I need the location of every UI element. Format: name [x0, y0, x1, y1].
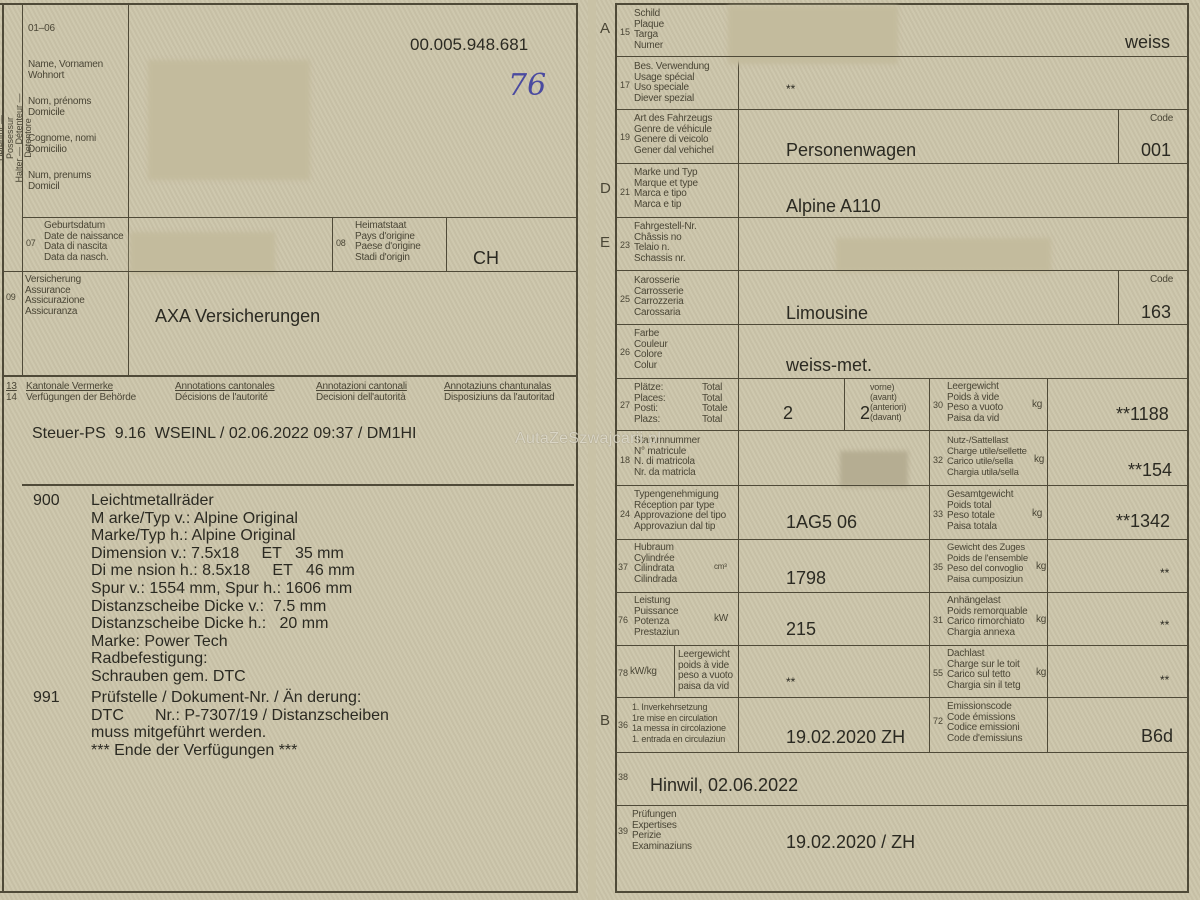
insurance-num: 09: [6, 292, 16, 303]
annotation-subheader-it: Decisioni dell'autorità: [316, 393, 406, 404]
redacted-birthdate: [130, 232, 275, 274]
make-model-num: 21: [620, 187, 630, 197]
payload-value: **154: [1128, 460, 1172, 481]
seats-front-value: 2: [860, 403, 870, 424]
insurance-value: AXA Versicherungen: [155, 306, 320, 327]
watermark: AutaZeSzwajcarii.pl: [515, 430, 661, 448]
handwritten-note: 76: [508, 68, 546, 103]
annotation-header-it: Annotazioni cantonali: [316, 382, 407, 393]
redacted-chassis: [836, 238, 1051, 272]
emission-code-num: 72: [933, 716, 943, 726]
empty-weight-label: Leergewicht Poids à vide Peso a vuoto Pa…: [947, 382, 1003, 424]
birthdate-num: 07: [26, 238, 36, 249]
power-unit: kW: [714, 614, 728, 625]
power-ratio-unit: kW/kg: [630, 667, 657, 678]
section-letter-d: D: [600, 180, 611, 197]
payload-num: 32: [933, 455, 943, 465]
insurance-label: Versicherung Assurance Assicurazione Ass…: [25, 275, 85, 317]
right-page: A D E B 15 Schild Plaque Targa Numer wei…: [596, 0, 1200, 900]
seats-front-label: vorne) (avant) (anteriori) (davant): [870, 382, 906, 422]
displacement-label: Hubraum Cylindrée Cilindrata Cilindrada: [634, 543, 677, 585]
issue-place-date-value: Hinwil, 02.06.2022: [650, 775, 798, 796]
issue-place-date-num: 38: [618, 772, 628, 782]
document-number: 00.005.948.681: [410, 35, 528, 55]
displacement-unit: cm³: [714, 562, 727, 573]
origin-num: 08: [336, 238, 346, 249]
total-weight-value: **1342: [1116, 511, 1170, 532]
type-approval-value: 1AG5 06: [786, 512, 857, 533]
seats-total-label: Total Total Totale Total: [702, 383, 728, 425]
vehicle-type-code-label: Code: [1150, 114, 1173, 125]
total-weight-label: Gesamtgewicht Poids total Peso totale Pa…: [947, 490, 1013, 532]
annotation-num-14: 14: [6, 393, 17, 404]
origin-value: CH: [473, 248, 499, 269]
annotation-header-rm: Annotaziuns chantunalas: [444, 382, 551, 393]
vehicle-type-value: Personenwagen: [786, 140, 916, 161]
color-label: Farbe Couleur Colore Colur: [634, 329, 668, 371]
train-weight-num: 35: [933, 562, 943, 572]
emission-code-label: Emissionscode Code émissions Codice emis…: [947, 702, 1022, 744]
special-use-value: **: [786, 82, 795, 96]
body-code-label: Code: [1150, 275, 1173, 286]
inspections-value: 19.02.2020 / ZH: [786, 832, 915, 853]
displacement-num: 37: [618, 562, 628, 572]
type-approval-num: 24: [620, 509, 630, 519]
plate-label: Schild Plaque Targa Numer: [634, 9, 664, 51]
trailer-load-num: 31: [933, 615, 943, 625]
holder-label-fr: Nom, prénoms Domicile: [28, 97, 91, 118]
special-use-num: 17: [620, 80, 630, 90]
first-registration-label: 1. Inverkehrsetzung 1re mise en circulat…: [632, 702, 726, 744]
empty-weight-value: **1188: [1116, 404, 1169, 425]
body-value: Limousine: [786, 303, 868, 324]
section-letter-e: E: [600, 234, 610, 251]
remark-text-991: Prüfstelle / Dokument-Nr. / Än derung: D…: [91, 689, 389, 759]
plate-num: 15: [620, 27, 630, 37]
inspections-num: 39: [618, 826, 628, 836]
vehicle-type-label: Art des Fahrzeugs Genre de véhicule Gene…: [634, 114, 714, 156]
chassis-num: 23: [620, 240, 630, 250]
annotation-num-13: 13: [6, 382, 17, 393]
empty-weight-unit: kg: [1032, 400, 1042, 411]
make-model-label: Marke und Typ Marque et type Marca e tip…: [634, 168, 698, 210]
tax-line: Steuer-PS 9.16 WSEINL / 02.06.2022 09:37…: [32, 425, 417, 443]
chassis-label: Fahrgestell-Nr. Châssis no Telaio n. Sch…: [634, 222, 697, 264]
train-weight-value: **: [1160, 566, 1169, 580]
seats-total-value: 2: [783, 403, 793, 424]
trailer-load-value: **: [1160, 618, 1169, 632]
section-letter-a: A: [600, 20, 610, 37]
roof-load-value: **: [1160, 673, 1169, 687]
trailer-load-label: Anhängelast Poids remorquable Carico rim…: [947, 596, 1028, 638]
body-code: 163: [1141, 302, 1171, 323]
roof-load-label: Dachlast Charge sur le toit Carico sul t…: [947, 649, 1020, 691]
remark-text-900: Leichtmetallräder M arke/Typ v.: Alpine …: [91, 492, 355, 686]
type-approval-label: Typengenehmigung Réception par type Appr…: [634, 490, 726, 532]
birthdate-label: Geburtsdatum Date de naissance Data di n…: [44, 221, 123, 263]
total-weight-unit: kg: [1032, 509, 1042, 520]
holder-label-de: Name, Vornamen Wohnort: [28, 60, 103, 81]
matricule-num: 18: [620, 455, 630, 465]
remark-code-900: 900: [33, 492, 60, 510]
annotation-header-fr: Annotations cantonales: [175, 382, 275, 393]
redacted-holder-name: [148, 60, 310, 180]
redacted-matricule: [840, 451, 908, 487]
trailer-load-unit: kg: [1036, 615, 1046, 626]
special-use-label: Bes. Verwendung Usage spécial Uso specia…: [634, 62, 709, 104]
color-num: 26: [620, 347, 630, 357]
section-letter-b: B: [600, 712, 610, 729]
seats-label: Plätze: Places: Posti: Plazs:: [634, 383, 665, 425]
plate-color-value: weiss: [1125, 32, 1170, 53]
displacement-value: 1798: [786, 568, 826, 589]
power-ratio-num: 78: [618, 668, 628, 678]
vehicle-type-num: 19: [620, 132, 630, 142]
first-registration-value: 19.02.2020 ZH: [786, 727, 905, 748]
roof-load-num: 55: [933, 668, 943, 678]
remark-code-991: 991: [33, 689, 60, 707]
holder-label-it: Cognome, nomi Domicilio: [28, 134, 96, 155]
annotation-header-de: Kantonale Vermerke: [26, 382, 113, 393]
field-range-label: 01–06: [28, 24, 55, 35]
emission-code-value: B6d: [1141, 726, 1173, 747]
total-weight-num: 33: [933, 509, 943, 519]
power-ratio-value: **: [786, 675, 795, 689]
body-num: 25: [620, 294, 630, 304]
power-num: 76: [618, 615, 628, 625]
annotation-subheader-de: Verfügungen der Behörde: [26, 393, 136, 404]
make-model-value: Alpine A110: [786, 196, 881, 217]
empty-weight-num: 30: [933, 400, 943, 410]
annotation-subheader-rm: Disposiziuns da l'autoritad: [444, 393, 554, 404]
origin-label: Heimatstaat Pays d'origine Paese d'origi…: [355, 221, 421, 263]
power-label: Leistung Puissance Potenza Prestaziun: [634, 596, 679, 638]
annotation-subheader-fr: Décisions de l'autorité: [175, 393, 268, 404]
first-registration-num: 36: [618, 720, 628, 730]
left-page: Detentur — Possessur Halter — Détenteur …: [0, 0, 588, 900]
power-ratio-label: Leergewicht poids à vide peso a vuoto pa…: [678, 650, 733, 692]
payload-label: Nutz-/Sattellast Charge utile/sellette C…: [947, 436, 1027, 478]
train-weight-label: Gewicht des Zuges Poids de l'ensemble Pe…: [947, 543, 1028, 585]
roof-load-unit: kg: [1036, 668, 1046, 679]
body-label: Karosserie Carrosserie Carrozzeria Caros…: [634, 276, 683, 318]
train-weight-unit: kg: [1036, 562, 1046, 573]
inspections-label: Prüfungen Expertises Perizie Examinaziun…: [632, 810, 692, 852]
seats-num: 27: [620, 400, 630, 410]
vehicle-type-code: 001: [1141, 140, 1171, 161]
color-value: weiss-met.: [786, 355, 872, 376]
payload-unit: kg: [1034, 455, 1044, 466]
holder-label-rm: Num, prenums Domicil: [28, 171, 91, 192]
power-value: 215: [786, 619, 816, 640]
